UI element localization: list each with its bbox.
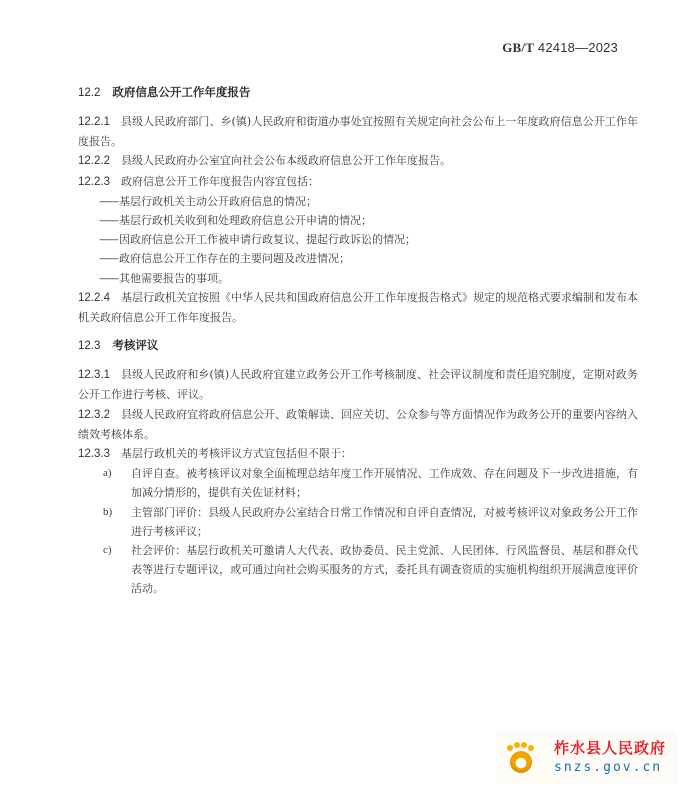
dash-list-item: ——其他需要报告的事项。 — [78, 269, 638, 288]
site-watermark: 柞水县人民政府 snzs.gov.cn — [496, 730, 678, 784]
watermark-site-name: 柞水县人民政府 — [554, 737, 666, 759]
list-item-b: b) 主管部门评价：县级人民政府办公室结合日常工作情况和自评自查情况，对被考核评… — [103, 503, 638, 541]
list-item-c: c) 社会评价：基层行政机关可邀请人大代表、政协委员、民主党派、人民团体、行风监… — [103, 541, 638, 599]
document-body: 12.2政府信息公开工作年度报告 12.2.1县级人民政府部门、乡(镇)人民政府… — [78, 82, 638, 599]
clause-12-3-1: 12.3.1县级人民政府和乡(镇)人民政府宜建立政务公开工作考核制度、社会评议制… — [78, 365, 638, 404]
clause-12-2-1: 12.2.1县级人民政府部门、乡(镇)人民政府和街道办事处宜按照有关规定向社会公… — [78, 112, 638, 151]
clause-12-3-3: 12.3.3基层行政机关的考核评议方式宜包括但不限于： — [78, 444, 638, 464]
dash-list-item: ——基层行政机关收到和处理政府信息公开申请的情况； — [78, 211, 638, 230]
dash-list-item: ——因政府信息公开工作被申请行政复议、提起行政诉讼的情况； — [78, 230, 638, 249]
standard-prefix: GB/T — [502, 40, 534, 55]
clause-12-2-2: 12.2.2县级人民政府办公室宜向社会公布本级政府信息公开工作年度报告。 — [78, 151, 638, 171]
standard-code: GB/T 42418—2023 — [502, 40, 618, 56]
dash-list-item: ——政府信息公开工作存在的主要问题及改进情况； — [78, 249, 638, 268]
list-item-a: a) 自评自查。被考核评议对象全面梳理总结年度工作开展情况、工作成效、存在问题及… — [103, 464, 638, 502]
section-heading-12-2: 12.2政府信息公开工作年度报告 — [78, 82, 638, 103]
watermark-site-url: snzs.gov.cn — [554, 759, 666, 777]
footprint-logo-icon — [504, 737, 544, 777]
dash-list-item: ——基层行政机关主动公开政府信息的情况； — [78, 192, 638, 211]
clause-12-2-4: 12.2.4基层行政机关宜按照《中华人民共和国政府信息公开工作年度报告格式》规定… — [78, 288, 638, 327]
section-heading-12-3: 12.3考核评议 — [78, 335, 638, 356]
clause-12-3-2: 12.3.2县级人民政府宜将政府信息公开、政策解读、回应关切、公众参与等方面情况… — [78, 405, 638, 444]
standard-number: 42418—2023 — [538, 40, 618, 55]
clause-12-2-3: 12.2.3政府信息公开工作年度报告内容宜包括： — [78, 172, 638, 192]
